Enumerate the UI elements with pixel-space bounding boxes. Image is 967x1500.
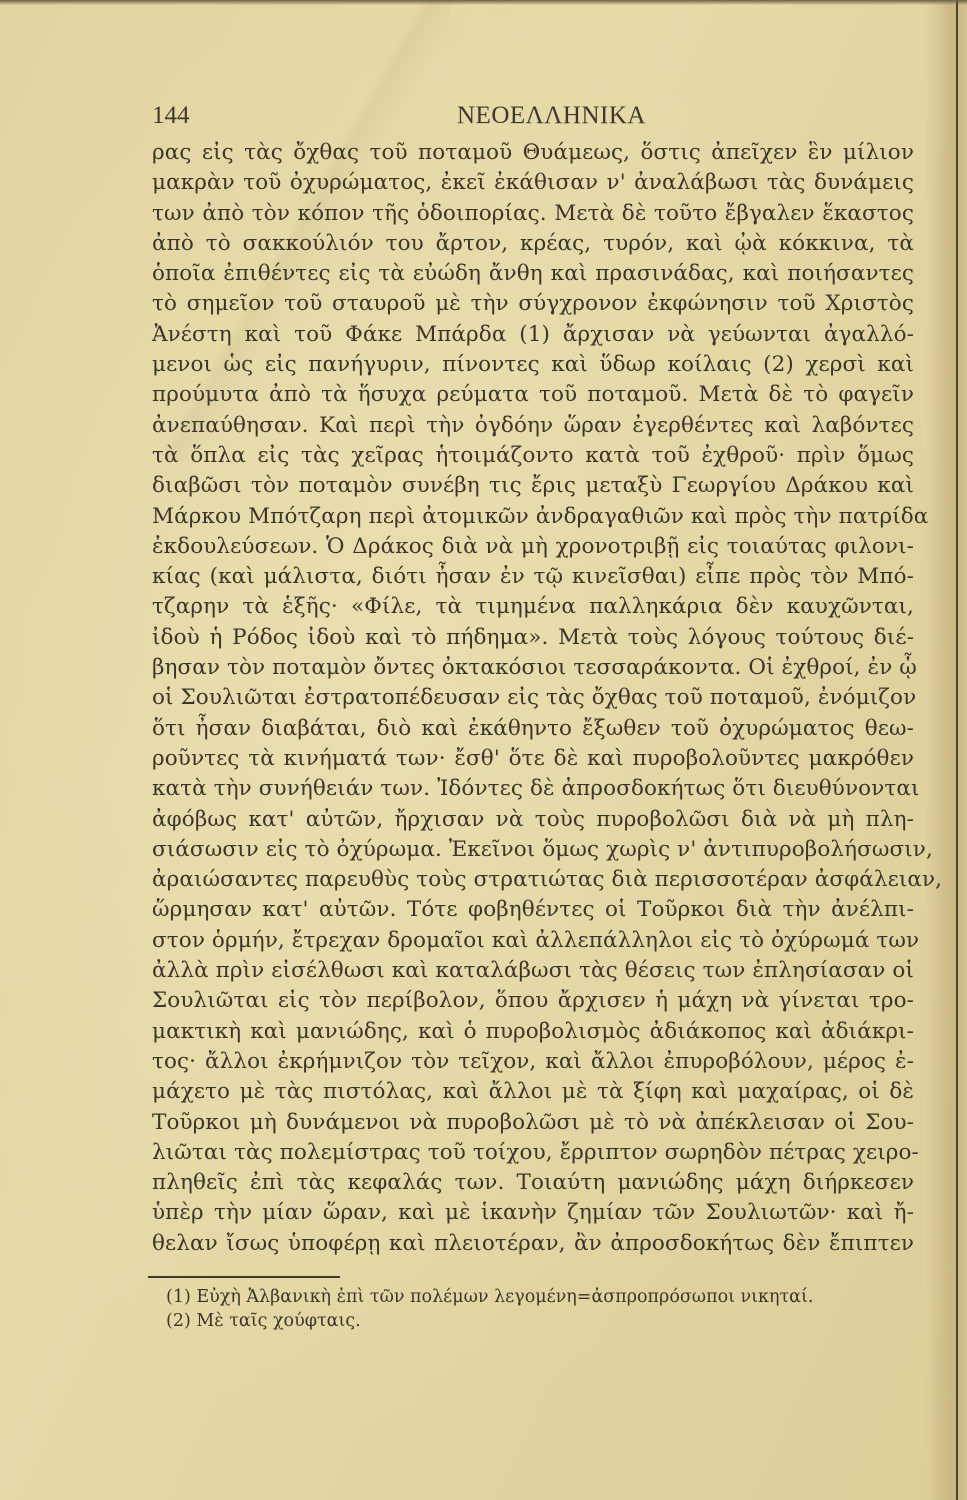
text-line: στον ὁρμήν, ἔτρεχαν δρομαῖοι καὶ ἀλλεπάλ… [152, 926, 914, 956]
footnote-rule [148, 1276, 340, 1278]
running-head: 144 ΝΕΟΕΛΛΗΝΙΚΑ [152, 102, 912, 132]
text-line: ὁποῖα ἐπιθέντες εἰς τὰ εὐώδη ἄνθη καὶ πρ… [152, 259, 914, 289]
text-line: τος· ἄλλοι ἐκρήμνιζον τὸν τεῖχον, καὶ ἄλ… [152, 1047, 914, 1077]
text-line: μενοι ὡς εἰς πανήγυριν, πίνοντες καὶ ὕδω… [152, 350, 914, 380]
text-line: μακρὰν τοῦ ὀχυρώματος, ἐκεῖ ἐκάθισαν ν' … [152, 168, 914, 198]
text-line: μάχετο μὲ τὰς πιστόλας, καὶ ἄλλοι μὲ τὰ … [152, 1077, 914, 1107]
footnote-1: (1) Εὐχὴ Ἀλβανικὴ ἐπὶ τῶν πολέμων λεγομέ… [166, 1285, 926, 1309]
text-line: τὸ σημεῖον τοῦ σταυροῦ μὲ τὴν σύγχρονον … [152, 289, 914, 319]
text-line: πληθεῖς ἐπὶ τὰς κεφαλάς των. Τοιαύτη μαν… [152, 1168, 914, 1198]
text-line: ἀφόβως κατ' αὐτῶν, ἤρχισαν νὰ τοὺς πυροβ… [152, 805, 914, 835]
running-title: ΝΕΟΕΛΛΗΝΙΚΑ [457, 102, 646, 130]
text-line: ἀπὸ τὸ σακκούλιόν του ἄρτον, κρέας, τυρό… [152, 229, 914, 259]
text-line: ὅτι ἦσαν διαβάται, διὸ καὶ ἐκάθηντο ἔξωθ… [152, 714, 914, 744]
gutter-shadow [925, 0, 947, 1500]
top-edge-shadow [0, 0, 967, 5]
text-line: ἀνεπαύθησαν. Καὶ περὶ τὴν ὀγδόην ὥραν ἐγ… [152, 411, 914, 441]
text-line: σιάσωσιν εἰς τὸ ὀχύρωμα. Ἐκεῖνοι ὅμως χω… [152, 835, 914, 865]
footnotes: (1) Εὐχὴ Ἀλβανικὴ ἐπὶ τῶν πολέμων λεγομέ… [166, 1285, 926, 1333]
footnote-2: (2) Μὲ ταῖς χούφταις. [166, 1309, 926, 1333]
text-line: διαβῶσι τὸν ποταμὸν συνέβη τις ἔρις μετα… [152, 471, 914, 501]
text-line: κίας (καὶ μάλιστα, διότι ἦσαν ἐν τῷ κινε… [152, 562, 914, 592]
text-line: τζαρην τὰ ἑξῆς· «Φίλε, τὰ τιμημένα παλλη… [152, 592, 914, 622]
text-line: ἀλλὰ πρὶν εἰσέλθωσι καὶ καταλάβωσι τὰς θ… [152, 956, 914, 986]
text-line: ὑπὲρ τὴν μίαν ὥραν, καὶ μὲ ἱκανὴν ζημίαν… [152, 1198, 914, 1228]
text-line: ὥρμησαν κατ' αὐτῶν. Τότε φοβηθέντες οἱ Τ… [152, 895, 914, 925]
text-line: ροῦντες τὰ κινήματά των· ἔσθ' ὅτε δὲ καὶ… [152, 744, 914, 774]
text-line: προύμυτα ἀπὸ τὰ ἥσυχα ρεύματα τοῦ ποταμο… [152, 380, 914, 410]
text-line: κατὰ τὴν συνήθειάν των. Ἰδόντες δὲ ἀπροσ… [152, 774, 914, 804]
text-line: λιῶται τὰς πολεμίστρας τοῦ τοίχου, ἔρριπ… [152, 1138, 914, 1168]
text-line: μακτικὴ καὶ μανιώδης, καὶ ὁ πυροβολισμὸς… [152, 1017, 914, 1047]
text-line: ἰδοὺ ἡ Ρόδος ἰδοὺ καὶ τὸ πήδημα». Μετὰ τ… [152, 623, 914, 653]
text-line: Ἀνέστη καὶ τοῦ Φάκε Μπάρδα (1) ἄρχισαν ν… [152, 320, 914, 350]
text-line: Σουλιῶται εἰς τὸν περίβολον, ὅπου ἄρχισε… [152, 986, 914, 1016]
text-line: των ἀπὸ τὸν κόπον τῆς ὁδοιπορίας. Μετὰ δ… [152, 199, 914, 229]
text-line: ἐκδουλεύσεων. Ὁ Δράκος διὰ νὰ μὴ χρονοτρ… [152, 532, 914, 562]
text-line: Τοῦρκοι μὴ δυνάμενοι νὰ πυροβολῶσι μὲ τὸ… [152, 1108, 914, 1138]
text-line: ἀραιώσαντες παρευθὺς τοὺς στρατιώτας διὰ… [152, 865, 914, 895]
text-line: ρας εἰς τὰς ὄχθας τοῦ ποταμοῦ Θυάμεως, ὅ… [152, 138, 914, 168]
text-line: οἱ Σουλιῶται ἐστρατοπέδευσαν εἰς τὰς ὄχθ… [152, 683, 914, 713]
page-number: 144 [152, 102, 190, 130]
text-line: τὰ ὅπλα εἰς τὰς χεῖρας ἡτοιμάζοντο κατὰ … [152, 441, 914, 471]
text-line: θελαν ἴσως ὑποφέρῃ καὶ πλειοτέραν, ἂν ἀπ… [152, 1229, 914, 1259]
text-line: βησαν τὸν ποταμὸν ὄντες ὀκτακόσιοι τεσσα… [152, 653, 914, 683]
text-line: Μάρκου Μπότζαρη περὶ ἀτομικῶν ἀνδραγαθιῶ… [152, 502, 914, 532]
page-edge-line [956, 0, 958, 1500]
body-text: ρας εἰς τὰς ὄχθας τοῦ ποταμοῦ Θυάμεως, ὅ… [152, 138, 914, 1259]
